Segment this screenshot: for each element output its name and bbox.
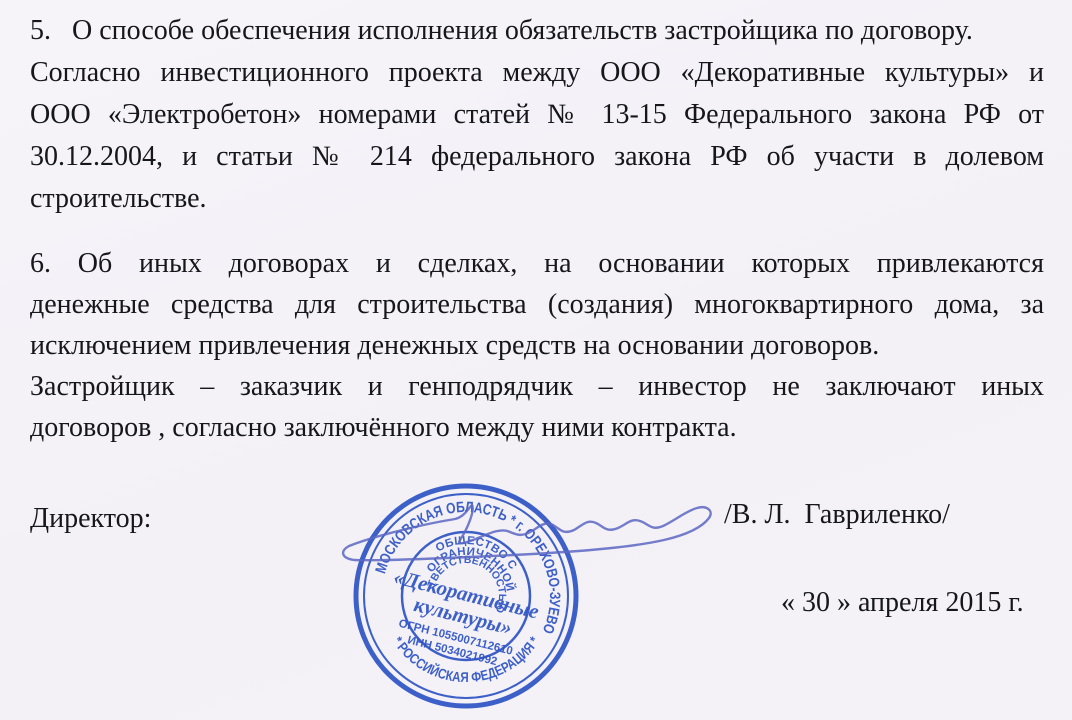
text-line: строительстве. bbox=[30, 178, 1044, 220]
text-line: 30.12.2004, и статьи № 214 федерального … bbox=[30, 136, 1044, 178]
text-line: ООО «Электробетон» номерами статей № 13-… bbox=[30, 94, 1044, 136]
text-line: договоров , согласно заключённого между … bbox=[30, 407, 1044, 448]
director-role-label: Директор: bbox=[30, 501, 151, 537]
text-line: Согласно инвестиционного проекта между О… bbox=[30, 52, 1044, 94]
text-line: Застройщик – заказчик и генподрядчик – и… bbox=[30, 366, 1044, 407]
text-line: денежные средства для строительства (соз… bbox=[30, 284, 1044, 325]
company-stamp: МОСКОВСКАЯ ОБЛАСТЬ * г. ОРЕХОВО-ЗУЕВО * … bbox=[346, 476, 586, 716]
text-line: 5. О способе обеспечения исполнения обяз… bbox=[30, 10, 1044, 52]
paragraph-5: 5. О способе обеспечения исполнения обяз… bbox=[30, 10, 1044, 220]
paragraph-6: 6. Об иных договорах и сделках, на основ… bbox=[30, 243, 1044, 448]
text-line: 6. Об иных договорах и сделках, на основ… bbox=[30, 243, 1044, 284]
signer-name: /В. Л. Гавриленко/ bbox=[724, 497, 950, 533]
text-line: исключением привлечения денежных средств… bbox=[30, 325, 1044, 366]
scanned-document-page: 5. О способе обеспечения исполнения обяз… bbox=[0, 0, 1072, 720]
document-date: « 30 » апреля 2015 г. bbox=[781, 585, 1024, 621]
